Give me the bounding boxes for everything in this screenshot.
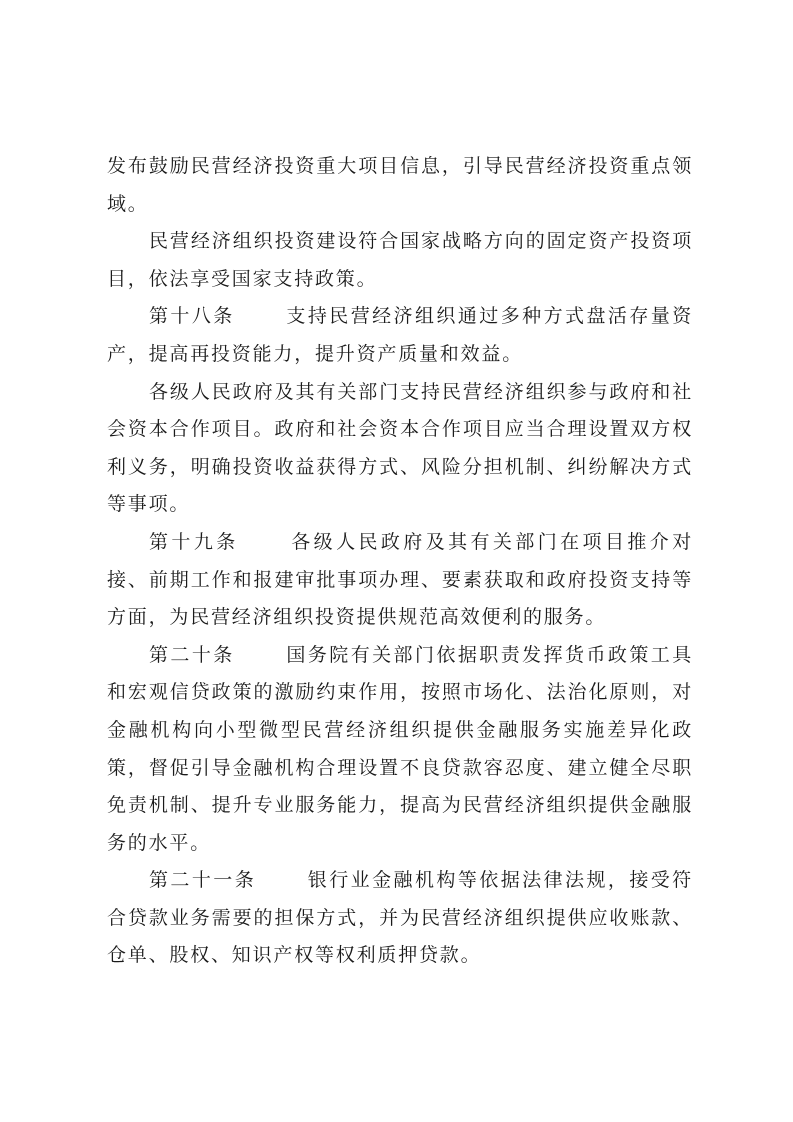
article-number: 第二十一条: [149, 869, 256, 891]
paragraph-2: 民营经济组织投资建设符合国家战略方向的固定资产投资项目，依法享受国家支持政策。: [107, 223, 693, 298]
paragraph-text: 国务院有关部门依据职责发挥货币政策工具和宏观信贷政策的激励约束作用，按照市场化、…: [107, 644, 693, 854]
paragraph-1: 发布鼓励民营经济投资重大项目信息，引导民营经济投资重点领域。: [107, 148, 693, 223]
article-number: 第十九条: [149, 531, 239, 553]
article-18: 第十八条支持民营经济组织通过多种方式盘活存量资产，提高再投资能力，提升资产质量和…: [107, 298, 693, 373]
document-page: 发布鼓励民营经济投资重大项目信息，引导民营经济投资重点领域。 民营经济组织投资建…: [107, 148, 693, 975]
paragraph-text: 发布鼓励民营经济投资重大项目信息，引导民营经济投资重点领域。: [107, 155, 693, 215]
article-21: 第二十一条银行业金融机构等依据法律法规，接受符合贷款业务需要的担保方式，并为民营…: [107, 862, 693, 975]
article-20: 第二十条国务院有关部门依据职责发挥货币政策工具和宏观信贷政策的激励约束作用，按照…: [107, 637, 693, 863]
paragraph-text: 民营经济组织投资建设符合国家战略方向的固定资产投资项目，依法享受国家支持政策。: [107, 230, 693, 290]
paragraph-4: 各级人民政府及其有关部门支持民营经济组织参与政府和社会资本合作项目。政府和社会资…: [107, 374, 693, 524]
article-19: 第十九条各级人民政府及其有关部门在项目推介对接、前期工作和报建审批事项办理、要素…: [107, 524, 693, 637]
article-number: 第十八条: [149, 305, 235, 327]
paragraph-text: 各级人民政府及其有关部门支持民营经济组织参与政府和社会资本合作项目。政府和社会资…: [107, 381, 693, 516]
article-number: 第二十条: [149, 644, 235, 666]
